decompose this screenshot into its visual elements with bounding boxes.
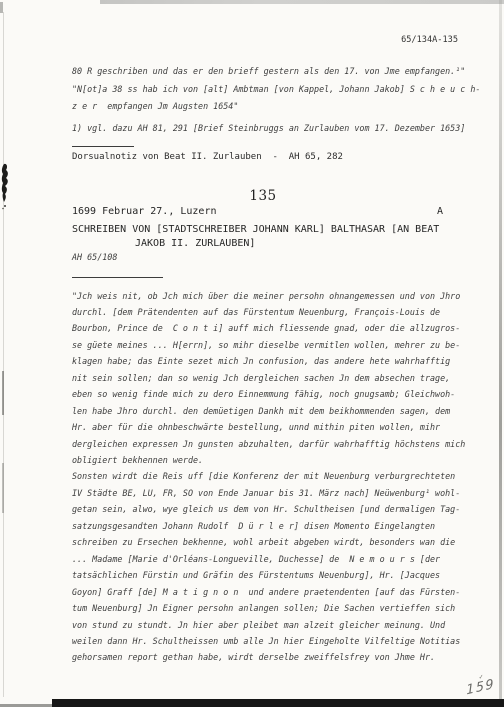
- body-line: getan sein, alwo, wye gleich us dem von …: [72, 501, 465, 517]
- scan-edge-left-dark-segment: [2, 463, 4, 513]
- quote-line: "N[ot]a 38 ss hab ich von [alt] Ambtman …: [72, 81, 480, 99]
- handwritten-page-number: 159: [466, 677, 495, 699]
- body-line: Goyon] Graff [de] M a t i g n o n und an…: [72, 584, 465, 600]
- body-line: eben so wenig finde mich zu dero Einnemm…: [72, 386, 465, 402]
- scanned-document-page: 65/134A-135 80 R geschriben und das er d…: [0, 0, 504, 707]
- body-line: tum Neuenburg] Jn Eigner persohn anlange…: [72, 600, 465, 616]
- body-line: se güete meines ... H[errn], so mihr die…: [72, 337, 465, 353]
- body-line: nit sein sollen; dan so wenig Jch dergle…: [72, 370, 465, 386]
- quote-line: 80 R geschriben und das er den brieff ge…: [72, 63, 480, 81]
- entry-date-place: 1699 Februar 27., Luzern: [72, 206, 217, 217]
- entry-title-line-1: SCHREIBEN VON [STADTSCHREIBER JOHANN KAR…: [72, 224, 439, 235]
- dorsual-note: Dorsualnotiz von Beat II. Zurlauben - AH…: [72, 152, 343, 162]
- scan-edge-left-line: [3, 12, 4, 697]
- separator-rule: [72, 146, 134, 147]
- previous-entry-quote: 80 R geschriben und das er den brieff ge…: [72, 63, 480, 116]
- body-line: IV Städte BE, LU, FR, SO von Ende Januar…: [72, 485, 465, 501]
- quote-line: z e r empfangen Jm Augsten 1654": [72, 98, 480, 116]
- scan-edge-bottom: [52, 699, 504, 707]
- body-line: durchl. [dem Prätendenten auf das Fürste…: [72, 304, 465, 320]
- entry-title-line-2: JAKOB II. ZURLAUBEN]: [135, 238, 255, 249]
- entry-source-reference: AH 65/108: [72, 252, 117, 262]
- body-line: klagen habe; das Einte sezet mich Jn con…: [72, 353, 465, 369]
- body-line: "Jch weis nit, ob Jch mich über die mein…: [72, 288, 465, 304]
- scan-edge-right-line: [499, 0, 502, 707]
- separator-rule: [72, 277, 163, 278]
- body-line: obligiert bekhennen werde.: [72, 452, 465, 468]
- body-line: gehorsamen report gethan habe, wirdt der…: [72, 649, 465, 665]
- scan-edge-left-dark-segment: [2, 371, 4, 415]
- body-line: Sonsten wirdt die Reis uff [die Konferen…: [72, 468, 465, 484]
- body-line: dergleichen expressen Jn gunsten abzuhal…: [72, 436, 465, 452]
- body-line: Bourbon, Prince de C o n t i] auff mich …: [72, 320, 465, 336]
- scan-edge-top: [100, 0, 504, 4]
- entry-number: 135: [0, 188, 504, 204]
- body-line: ... Madame [Marie d'Orléans-Longueville,…: [72, 551, 465, 567]
- body-line: Hr. aber für die ohnbeschwärte bestellun…: [72, 419, 465, 435]
- entry-body-text: "Jch weis nit, ob Jch mich über die mein…: [72, 288, 465, 666]
- footnote: 1) vgl. dazu AH 81, 291 [Brief Steinbrug…: [72, 120, 465, 136]
- body-line: weilen dann Hr. Schultheissen umb alle J…: [72, 633, 465, 649]
- entry-series-letter: A: [437, 206, 443, 217]
- body-line: von stund zu stundt. Jn hier aber pleibe…: [72, 617, 465, 633]
- body-line: schreiben zu Ersechen bekhenne, wohl arb…: [72, 534, 465, 550]
- archive-reference: 65/134A-135: [401, 35, 458, 45]
- body-line: satzungsgesandten Johann Rudolf D ü r l …: [72, 518, 465, 534]
- body-line: tatsächlichen Fürstin und Gräfin des Für…: [72, 567, 465, 583]
- body-line: len habe Jhro durchl. den demüetigen Dan…: [72, 403, 465, 419]
